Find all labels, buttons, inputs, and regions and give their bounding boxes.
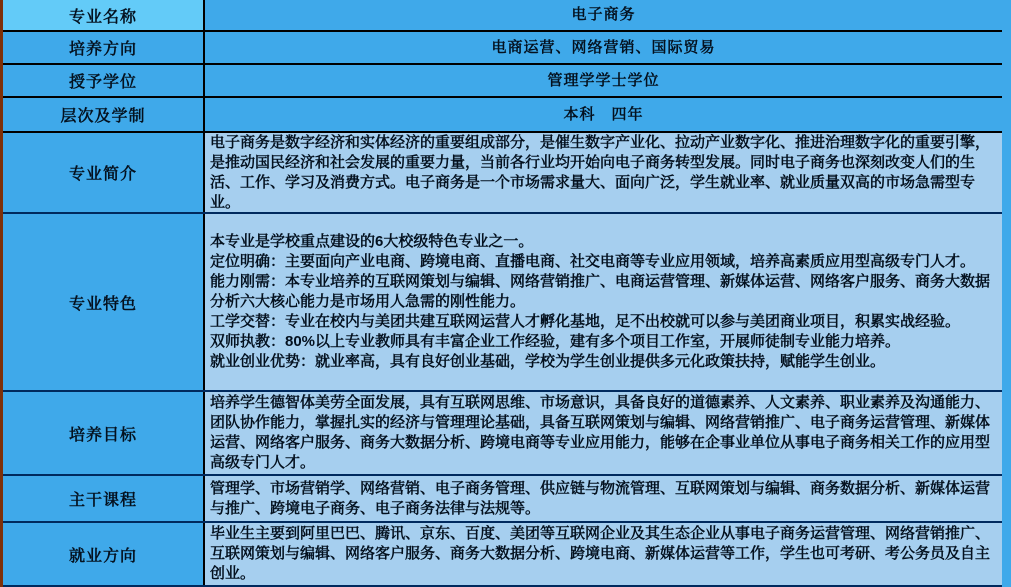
major-info-table: 专业名称 电子商务 培养方向 电商运营、网络营销、国际贸易 授予学位 管理学学士… [0,0,1011,587]
row-value-training-direction: 电商运营、网络营销、国际贸易 [205,32,1002,63]
row-value-core-courses: 管理学、市场营销学、网络营销、电子商务管理、供应链与物流管理、互联网策划与编辑、… [205,476,1002,521]
row-label-core-courses: 主干课程 [3,476,205,521]
row-value-degree-awarded: 管理学学士学位 [205,65,1002,96]
row-label-training-direction: 培养方向 [3,32,205,63]
row-value-major-name: 电子商务 [205,0,1002,30]
row-value-level-duration: 本科 四年 [205,98,1002,131]
table-row-training-direction: 培养方向 电商运营、网络营销、国际贸易 [3,32,1002,65]
row-label-employment-direction: 就业方向 [3,523,205,585]
row-label-major-name: 专业名称 [3,0,205,30]
row-label-major-features: 专业特色 [3,214,205,390]
row-label-degree-awarded: 授予学位 [3,65,205,96]
table-row-major-features: 专业特色 本专业是学校重点建设的6大校级特色专业之一。 定位明确：主要面向产业电… [3,214,1002,392]
table-row-degree-awarded: 授予学位 管理学学士学位 [3,65,1002,98]
table-row-level-duration: 层次及学制 本科 四年 [3,98,1002,133]
row-label-major-intro: 专业简介 [3,133,205,212]
table-row-major-intro: 专业简介 电子商务是数字经济和实体经济的重要组成部分，是催生数字产业化、拉动产业… [3,133,1002,214]
row-value-employment-direction: 毕业生主要到阿里巴巴、腾讯、京东、百度、美团等互联网企业及其生态企业从事电子商务… [205,523,1002,585]
row-value-major-features: 本专业是学校重点建设的6大校级特色专业之一。 定位明确：主要面向产业电商、跨境电… [205,214,1002,390]
row-label-level-duration: 层次及学制 [3,98,205,131]
row-label-training-objectives: 培养目标 [3,392,205,474]
table-row-employment-direction: 就业方向 毕业生主要到阿里巴巴、腾讯、京东、百度、美团等互联网企业及其生态企业从… [3,523,1002,587]
table-row-training-objectives: 培养目标 培养学生德智体美劳全面发展，具有互联网思维、市场意识，具备良好的道德素… [3,392,1002,476]
row-value-major-intro: 电子商务是数字经济和实体经济的重要组成部分，是催生数字产业化、拉动产业数字化、推… [205,133,1002,212]
table-row-major-name: 专业名称 电子商务 [3,0,1002,32]
table-row-core-courses: 主干课程 管理学、市场营销学、网络营销、电子商务管理、供应链与物流管理、互联网策… [3,476,1002,523]
row-value-training-objectives: 培养学生德智体美劳全面发展，具有互联网思维、市场意识，具备良好的道德素养、人文素… [205,392,1002,474]
